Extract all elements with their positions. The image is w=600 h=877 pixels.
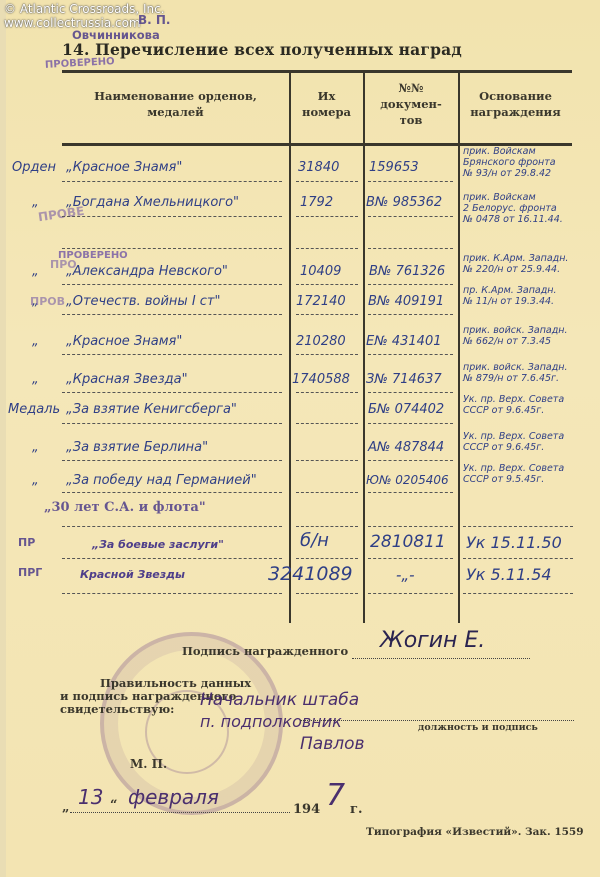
row-5-award-name: „Отечеств. войны I ст" bbox=[66, 294, 221, 309]
header-award-name-line-2: медалей bbox=[62, 104, 289, 120]
row-13-document: -„- bbox=[396, 566, 415, 584]
row-5-basis-line-1: пр. К.Арм. Западн. bbox=[463, 285, 557, 296]
row-13-number: 3241089 bbox=[268, 563, 353, 585]
row-7-doc-underline bbox=[368, 392, 453, 393]
date-year-suffix: 7 bbox=[326, 778, 345, 813]
row-2-basis-line-3: № 0478 от 16.11.44. bbox=[463, 214, 563, 225]
checked-stamp-row-12: ПР bbox=[18, 536, 35, 549]
date-year-unit: г. bbox=[350, 802, 363, 817]
header-basis-line-2: награждения bbox=[459, 104, 572, 120]
row-10-basis: Ук. пр. Верх. Совета СССР от 9.5.45г. bbox=[463, 463, 564, 485]
row-12-document: 2810811 bbox=[370, 532, 446, 552]
seal-placement-label: М. П. bbox=[130, 757, 167, 771]
row-9-basis: Ук. пр. Верх. Совета СССР от 9.6.45г. bbox=[463, 431, 564, 453]
table-top-border bbox=[62, 70, 572, 73]
row-2-basis-line-2: 2 Белорус. фронта bbox=[463, 203, 563, 214]
row-4-award-name: „Александра Невского" bbox=[66, 264, 228, 279]
row-4-number-underline bbox=[296, 284, 358, 285]
row-9-document: А№ 487844 bbox=[368, 440, 444, 455]
name-stamp-initials: В. П. bbox=[138, 13, 170, 27]
header-number-line-1: Их bbox=[290, 88, 363, 104]
row-1-award-name: „Красное Знамя" bbox=[66, 160, 182, 175]
row-8-basis-line-1: Ук. пр. Верх. Совета bbox=[463, 394, 564, 405]
verification-label-line-3: свидетельствую: bbox=[60, 702, 174, 716]
row-6-number-underline bbox=[296, 354, 358, 355]
officer-position-line-2: п. подполковник bbox=[200, 712, 342, 731]
row-11-basis-underline bbox=[463, 526, 573, 527]
row-7-underline bbox=[62, 392, 282, 393]
column-divider-3 bbox=[458, 73, 460, 623]
header-number-line-2: номера bbox=[290, 104, 363, 120]
header-documents-line-2: докумен- bbox=[364, 96, 458, 112]
column-divider-1 bbox=[289, 73, 291, 623]
officer-name: Павлов bbox=[300, 734, 365, 754]
row-8-doc-underline bbox=[368, 423, 453, 424]
verification-label-line-1: Правильность данных bbox=[100, 676, 251, 690]
row-4-basis: прик. К.Арм. Западн. № 220/н от 25.9.44. bbox=[463, 253, 568, 275]
row-6-basis-line-1: прик. войск. Западн. bbox=[463, 325, 568, 336]
header-basis: Основание награждения bbox=[459, 88, 572, 120]
recipient-signature-label: Подпись награжденного bbox=[182, 644, 348, 658]
row-4-number: 10409 bbox=[300, 264, 341, 279]
row-1-doc-underline bbox=[368, 181, 453, 182]
row-2-basis: прик. Войскам 2 Белорус. фронта № 0478 о… bbox=[463, 192, 563, 225]
row-1-basis-line-1: прик. Войскам bbox=[463, 146, 556, 157]
row-2-underline bbox=[62, 216, 282, 217]
row-6-award-name: „Красное Знамя" bbox=[66, 334, 182, 349]
row-6-underline bbox=[62, 354, 282, 355]
header-documents-line-1: №№ bbox=[364, 80, 458, 96]
checked-stamp-row-4: ПРО bbox=[50, 258, 77, 271]
row-12-number-underline bbox=[296, 558, 358, 559]
row-2-award-name: „Богдана Хмельницкого" bbox=[66, 195, 239, 210]
row-13-number-underline bbox=[296, 593, 358, 594]
row-10-prefix: „ bbox=[32, 473, 39, 488]
row-5-basis: пр. К.Арм. Западн. № 11/н от 19.3.44. bbox=[463, 285, 557, 307]
row-1-number: 31840 bbox=[298, 160, 339, 175]
column-divider-2 bbox=[363, 73, 365, 623]
row-8-award-name: „За взятие Кенигсберга" bbox=[66, 402, 237, 417]
row-1-number-underline bbox=[296, 181, 358, 182]
row-13-award-name: Красной Звезды bbox=[80, 568, 185, 581]
checked-stamp-row-13: ПРГ bbox=[18, 566, 42, 579]
row-9-award-name: „За взятие Берлина" bbox=[66, 440, 208, 455]
recipient-signature-line bbox=[352, 658, 530, 659]
header-basis-line-1: Основание bbox=[459, 88, 572, 104]
row-10-number-underline bbox=[296, 492, 358, 493]
row-13-doc-underline bbox=[368, 593, 453, 594]
row-5-underline bbox=[62, 314, 282, 315]
row-2-prefix: „ bbox=[32, 195, 39, 210]
row-7-number: 1740588 bbox=[292, 372, 350, 387]
row-2-number-underline bbox=[296, 216, 358, 217]
date-year-prefix: 194 bbox=[293, 802, 320, 817]
row-10-basis-line-1: Ук. пр. Верх. Совета bbox=[463, 463, 564, 474]
header-award-name-line-1: Наименование орденов, bbox=[62, 88, 289, 104]
row-12-award-name: „За боевые заслуги" bbox=[92, 538, 224, 551]
row-8-basis: Ук. пр. Верх. Совета СССР от 9.6.45г. bbox=[463, 394, 564, 416]
position-signature-caption: должность и подпись bbox=[418, 722, 538, 733]
row-9-prefix: „ bbox=[32, 440, 39, 455]
row-1-basis: прик. Войскам Брянского фронта № 93/н от… bbox=[463, 146, 556, 179]
row-10-document: Ю№ 0205406 bbox=[366, 473, 449, 487]
row-3-number-underline bbox=[296, 248, 358, 249]
row-12-basis-underline bbox=[463, 558, 573, 559]
row-5-basis-line-2: № 11/н от 19.3.44. bbox=[463, 296, 557, 307]
row-9-underline bbox=[62, 460, 282, 461]
row-6-basis-line-2: № 662/н от 7.3.45 bbox=[463, 336, 568, 347]
row-10-award-name: „За победу над Германией" bbox=[66, 473, 257, 488]
row-1-underline bbox=[62, 181, 282, 182]
row-9-number-underline bbox=[296, 460, 358, 461]
row-5-document: В№ 409191 bbox=[368, 294, 444, 309]
row-1-basis-line-3: № 93/н от 29.8.42 bbox=[463, 168, 556, 179]
row-1-document: 159653 bbox=[369, 160, 419, 175]
header-documents: №№ докумен- тов bbox=[364, 80, 458, 128]
section-title: 14. Перечисление всех полученных наград bbox=[62, 40, 462, 59]
row-11-doc-underline bbox=[368, 526, 453, 527]
row-12-number: б/н bbox=[300, 530, 329, 551]
row-13-underline bbox=[62, 593, 282, 594]
row-6-number: 210280 bbox=[296, 334, 346, 349]
row-3-underline bbox=[62, 248, 282, 249]
row-9-doc-underline bbox=[368, 460, 453, 461]
header-documents-line-3: тов bbox=[364, 112, 458, 128]
row-5-number: 172140 bbox=[296, 294, 346, 309]
date-month: февраля bbox=[128, 785, 219, 809]
row-7-basis-line-2: № 879/н от 7.6.45г. bbox=[463, 373, 568, 384]
row-12-doc-underline bbox=[368, 558, 453, 559]
checked-stamp-row-5: ПРОВ bbox=[30, 295, 65, 308]
row-2-number: 1792 bbox=[300, 195, 333, 210]
row-6-prefix: „ bbox=[32, 334, 39, 349]
row-10-doc-underline bbox=[368, 492, 453, 493]
row-1-basis-line-2: Брянского фронта bbox=[463, 157, 556, 168]
row-8-basis-line-2: СССР от 9.6.45г. bbox=[463, 405, 564, 416]
row-10-basis-line-2: СССР от 9.5.45г. bbox=[463, 474, 564, 485]
row-10-underline bbox=[62, 492, 282, 493]
row-2-document: В№ 985362 bbox=[366, 195, 442, 210]
row-11-number-underline bbox=[296, 526, 358, 527]
date-day: 13 bbox=[78, 785, 103, 809]
row-8-prefix: Медаль bbox=[8, 402, 60, 417]
recipient-signature: Жогин Е. bbox=[380, 628, 485, 653]
row-8-document: Б№ 074402 bbox=[368, 402, 444, 417]
row-9-basis-line-1: Ук. пр. Верх. Совета bbox=[463, 431, 564, 442]
row-7-number-underline bbox=[296, 392, 358, 393]
row-4-doc-underline bbox=[368, 284, 453, 285]
row-4-underline bbox=[62, 284, 282, 285]
header-number: Их номера bbox=[290, 88, 363, 120]
row-7-basis-line-1: прик. войск. Западн. bbox=[463, 362, 568, 373]
row-4-basis-line-1: прик. К.Арм. Западн. bbox=[463, 253, 568, 264]
row-13-basis: Ук 5.11.54 bbox=[466, 565, 552, 584]
officer-signature-line bbox=[300, 720, 574, 721]
row-12-underline bbox=[62, 558, 282, 559]
date-quote-open: „ bbox=[62, 800, 69, 815]
row-11-award-name-stamp: „30 лет С.А. и флота" bbox=[44, 500, 206, 515]
row-7-award-name: „Красная Звезда" bbox=[66, 372, 188, 387]
row-7-basis: прик. войск. Западн. № 879/н от 7.6.45г. bbox=[463, 362, 568, 384]
row-4-basis-line-2: № 220/н от 25.9.44. bbox=[463, 264, 568, 275]
row-8-number-underline bbox=[296, 423, 358, 424]
row-4-document: В№ 761326 bbox=[369, 264, 445, 279]
row-5-number-underline bbox=[296, 314, 358, 315]
row-6-basis: прик. войск. Западн. № 662/н от 7.3.45 bbox=[463, 325, 568, 347]
date-quote-close: “ bbox=[110, 798, 117, 813]
row-11-underline bbox=[62, 526, 282, 527]
header-award-name: Наименование орденов, медалей bbox=[62, 88, 289, 120]
row-12-basis: Ук 15.11.50 bbox=[466, 533, 562, 552]
row-6-document: Е№ 431401 bbox=[366, 334, 442, 349]
row-4-prefix: „ bbox=[32, 264, 39, 279]
row-2-basis-line-1: прик. Войскам bbox=[463, 192, 563, 203]
row-7-prefix: „ bbox=[32, 372, 39, 387]
row-2-doc-underline bbox=[368, 216, 453, 217]
row-1-prefix: Орден bbox=[12, 160, 56, 175]
row-13-basis-underline bbox=[463, 593, 573, 594]
row-7-document: З№ 714637 bbox=[366, 372, 442, 387]
row-6-doc-underline bbox=[368, 354, 453, 355]
row-9-basis-line-2: СССР от 9.6.45г. bbox=[463, 442, 564, 453]
row-3-doc-underline bbox=[368, 248, 453, 249]
row-8-underline bbox=[62, 423, 282, 424]
row-5-doc-underline bbox=[368, 314, 453, 315]
officer-position-line-1: Начальник штаба bbox=[200, 690, 359, 710]
printer-imprint: Типография «Известий». Зак. 1559 bbox=[366, 826, 584, 838]
date-line bbox=[70, 812, 290, 813]
